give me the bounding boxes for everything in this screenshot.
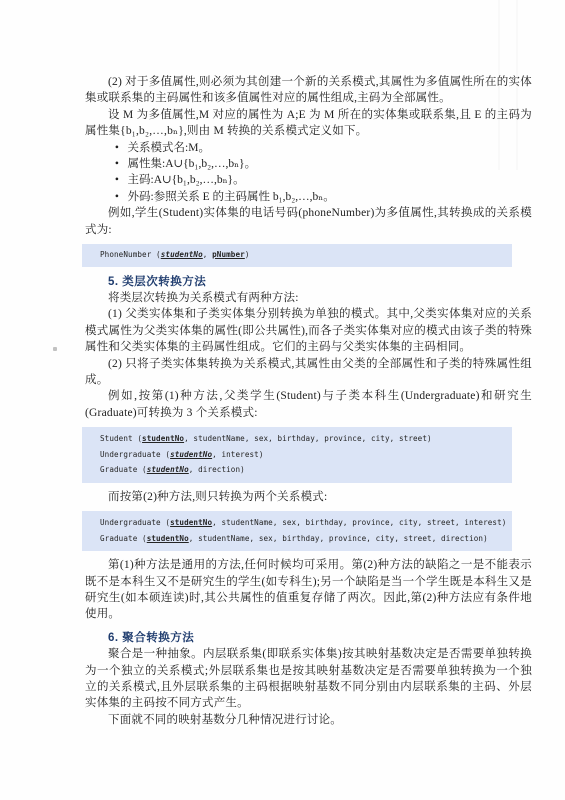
code-text: Student (: [100, 434, 142, 443]
paragraph-method2-note: 而按第(2)种方法,则只转换为两个关系模式:: [85, 489, 532, 505]
bullet-attribute-set: •属性集:A∪{b₁,b₂,…,bₙ}。: [85, 156, 532, 172]
code-key-pnumber: pNumber: [212, 250, 245, 259]
code-line: Undergraduate (studentNo, interest): [100, 447, 512, 463]
code-text: Undergraduate (: [100, 450, 170, 459]
code-key-studentno: studentNo: [170, 450, 212, 459]
paragraph-class-example: 例如,按第(1)种方法,父类学生(Student)与子类本科生(Undergra…: [85, 388, 532, 421]
paragraph-multivalue-setup: 设 M 为多值属性,M 对应的属性为 A;E 为 M 所在的实体集或联系集,且 …: [85, 107, 532, 140]
multivalue-schema-bullet-list: •关系模式名:M。 •属性集:A∪{b₁,b₂,…,bₙ}。 •主码:A∪{b₁…: [85, 140, 532, 206]
bullet-text: 主码:A∪{b₁,b₂,…,bₙ}。: [128, 174, 245, 186]
code-line: Undergraduate (studentNo, studentName, s…: [100, 515, 512, 531]
code-block-phonenumber: PhoneNumber (studentNo, pNumber): [82, 244, 512, 267]
page-content: (2) 对于多值属性,则必须为其创建一个新的关系模式,其属性为多值属性所在的实体…: [85, 74, 532, 728]
bullet-icon: •: [115, 140, 128, 156]
paragraph-class-intro: 将类层次转换为关系模式有两种方法:: [85, 290, 532, 306]
code-block-two-relations: Undergraduate (studentNo, studentName, s…: [82, 511, 512, 551]
code-text: Undergraduate (: [100, 518, 170, 527]
code-text: , studentName, sex, birthday, province, …: [184, 434, 432, 443]
code-text: , direction): [189, 465, 245, 474]
paragraph-aggregation: 聚合是一种抽象。内层联系集(即联系实体集)按其映射基数决定是否需要单独转换为一个…: [85, 646, 532, 712]
bullet-icon: •: [115, 172, 128, 188]
section-heading-6: 6. 聚合转换方法: [85, 630, 532, 646]
code-line: Graduate (studentNo, studentName, sex, b…: [100, 531, 512, 547]
section-heading-5: 5. 类层次转换方法: [85, 274, 532, 290]
paragraph-closing: 下面就不同的映射基数分几种情况进行讨论。: [85, 712, 532, 728]
code-text: ,: [203, 250, 212, 259]
bullet-icon: •: [115, 156, 128, 172]
code-text: , studentName, sex, birthday, province, …: [212, 518, 506, 527]
code-key-studentno: studentNo: [142, 434, 184, 443]
code-key-studentno: studentNo: [170, 518, 212, 527]
scanned-book-page: (2) 对于多值属性,则必须为其创建一个新的关系模式,其属性为多值属性所在的实体…: [0, 0, 565, 800]
code-key-studentno: studentNo: [147, 465, 189, 474]
bullet-relation-name: •关系模式名:M。: [85, 140, 532, 156]
paragraph-phone-example: 例如,学生(Student)实体集的电话号码(phoneNumber)为多值属性…: [85, 205, 532, 238]
code-block-three-relations: Student (studentNo, studentName, sex, bi…: [82, 427, 512, 483]
paragraph-method-1: (1) 父类实体集和子类实体集分别转换为单独的模式。其中,父类实体集对应的关系模…: [85, 306, 532, 355]
bullet-primary-key: •主码:A∪{b₁,b₂,…,bₙ}。: [85, 172, 532, 188]
code-text: , studentName, sex, birthday, province, …: [189, 534, 488, 543]
bullet-text: 外码:参照关系 E 的主码属性 b₁,b₂,…,bₙ。: [128, 191, 335, 203]
scan-speck: [53, 347, 57, 351]
code-line: Graduate (studentNo, direction): [100, 462, 512, 478]
code-text: , interest): [212, 450, 263, 459]
paragraph-multivalue-rule: (2) 对于多值属性,则必须为其创建一个新的关系模式,其属性为多值属性所在的实体…: [85, 74, 532, 107]
bullet-icon: •: [115, 189, 128, 205]
code-text: PhoneNumber (: [100, 250, 161, 259]
code-text: Graduate (: [100, 465, 147, 474]
bullet-text: 关系模式名:M。: [128, 142, 210, 154]
paragraph-method-2: (2) 只将子类实体集转换为关系模式,其属性由父类的全部属性和子类的特殊属性组成…: [85, 356, 532, 389]
code-key-studentno: studentNo: [161, 250, 203, 259]
code-text: ): [245, 250, 250, 259]
bullet-text: 属性集:A∪{b₁,b₂,…,bₙ}。: [128, 158, 257, 170]
code-text: Graduate (: [100, 534, 147, 543]
code-key-studentno: studentNo: [147, 534, 189, 543]
bullet-foreign-key: •外码:参照关系 E 的主码属性 b₁,b₂,…,bₙ。: [85, 189, 532, 205]
code-line: PhoneNumber (studentNo, pNumber): [100, 247, 512, 263]
paragraph-methods-discussion: 第(1)种方法是通用的方法,任何时候均可采用。第(2)种方法的缺陷之一是不能表示…: [85, 557, 532, 623]
code-line: Student (studentNo, studentName, sex, bi…: [100, 431, 512, 447]
